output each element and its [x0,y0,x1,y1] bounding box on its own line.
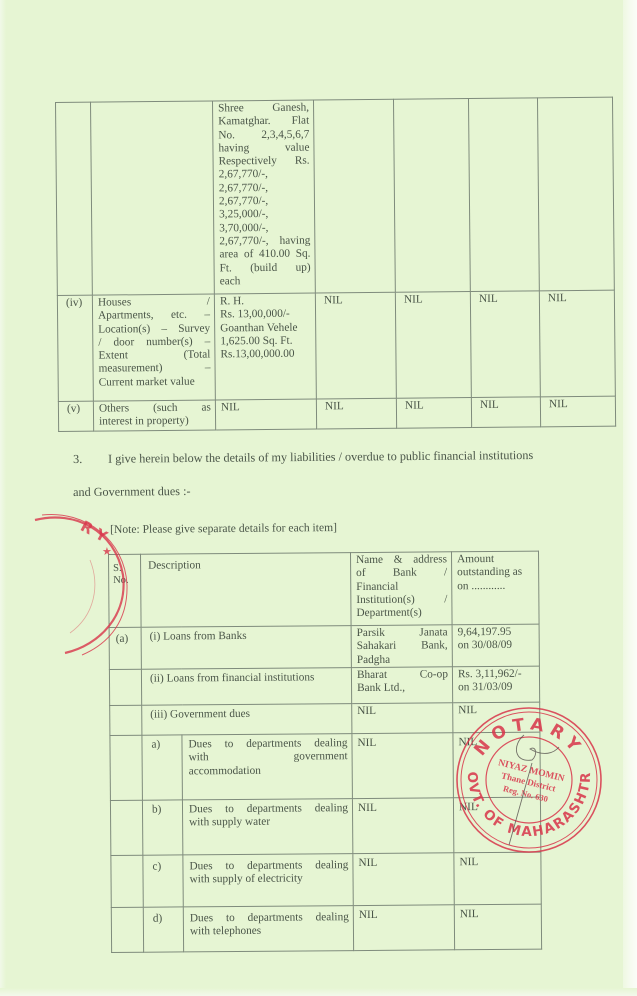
description-cell: (i) Loans from Banks [141,626,351,670]
description-cell: Dues to departments dealingwith supply o… [183,854,353,907]
section3-note: [Note: Please give separate details for … [110,521,337,536]
bank-text: NIL [359,908,450,922]
text-line: measurement) – [99,362,211,376]
description-cell: Houses /Apartments, etc. –Location(s) – … [92,294,215,401]
value-cell [468,98,539,292]
text-line: outstanding as [457,566,534,580]
bank-cell: Parsik JanataSahakari Bank,Padgha [351,625,452,668]
table-header-row: S. No. Description Name & addressof Bank… [109,551,540,627]
text-line: Amount [457,553,534,567]
section3-paragraph: 3.I give herein below the details of my … [73,448,533,467]
section-number: 3. [73,452,108,467]
text-line: R. H. [220,295,311,309]
text-line: Padgha [357,653,448,667]
text-line: on 30/08/09 [458,639,535,653]
assets-table: Shree Ganesh,Kamatghar. FlatNo. 2,3,4,5,… [55,97,616,432]
property-detail-text: NIL [221,401,312,415]
text-line: Sahakari Bank, [357,640,448,654]
text-line: Houses / [98,296,210,310]
description-text: Dues to departments dealingwith supply o… [189,859,348,887]
value-cell [313,99,395,293]
text-line: Rs.13,00,000.00 [220,348,311,362]
bank-text: NIL [357,736,448,750]
bank-text: NIL [357,704,448,718]
text-line: Name & address [356,553,447,567]
sno-cell [109,669,141,705]
value-cell: NIL [539,290,615,397]
property-detail-cell: NIL [215,399,316,430]
description-cell: Others (such asinterest in property) [93,400,215,431]
text-line: 9,64,197.95 [458,626,535,640]
sno-cell [111,855,143,907]
text-line: with telephones [190,924,349,939]
text-line: Rs. 13,00,000/- [220,308,311,322]
text-line: Dues to departments dealing [190,911,349,926]
text-line: interest in property) [99,415,211,429]
bank-text: NIL [358,856,449,870]
value-cell [393,99,470,293]
sub-item-cell: d) [143,907,183,952]
text-line: area of 410.00 Sq. [219,248,310,262]
sno-cell: (a) [109,627,141,669]
text-line: 2,67,770/-, [219,168,310,182]
description-text: Others (such asinterest in property) [99,402,211,430]
header-bank-text: Name & addressof Bank /FinancialInstitut… [356,553,448,620]
text-line: NIL [459,856,536,870]
sno-cell [111,907,143,952]
section3-line1: I give herein below the details of my li… [108,448,533,466]
amount-text: NIL [458,736,535,750]
text-line: NIL [359,908,450,922]
sno-cell [110,735,143,800]
bank-text: NIL [358,801,449,815]
amount-cell: 9,64,197.95on 30/08/09 [452,624,539,667]
text-line: Apartments, etc. – [98,309,210,323]
text-line: NIL [460,908,537,922]
table-row: b) Dues to departments dealingwith suppl… [110,797,540,855]
text-line: Ft. (build up) [220,261,311,275]
table-row: (v) Others (such asinterest in property)… [58,396,615,431]
text-line: with supply water [189,815,348,830]
text-line: NIL [357,704,448,718]
bank-cell: Bharat Co-opBank Ltd., [351,667,452,704]
amount-cell: NIL [453,702,540,733]
sub-item-cell: b) [142,800,182,855]
table-row: d) Dues to departments dealingwith telep… [111,904,541,952]
text-line: with government [189,750,348,765]
bank-text: Parsik JanataSahakari Bank,Padgha [357,626,448,667]
amount-cell: NIL [454,904,541,950]
table-row: Shree Ganesh,Kamatghar. FlatNo. 2,3,4,5,… [56,97,615,295]
text-line: NIL [458,736,535,750]
value-cell [537,97,614,291]
value-cell: NIL [395,292,471,399]
sno-cell [110,800,142,855]
text-line: Shree Ganesh, [218,102,309,116]
amount-cell: NIL [454,852,541,905]
sno-cell: (iv) [57,295,93,401]
header-bank: Name & addressof Bank /FinancialInstitut… [350,552,452,626]
header-description: Description [141,553,352,628]
text-line: NIL [358,801,449,815]
description-cell: Dues to departments dealingwith supply w… [182,799,352,855]
header-amount-text: Amountoutstanding ason ............ [457,553,534,593]
text-line: Rs. 3,11,962/- [458,668,535,682]
text-line: Dues to departments dealing [189,859,348,874]
text-line: Financial [356,580,447,594]
text-line: / door number(s) – [98,335,210,349]
amount-text: 9,64,197.95on 30/08/09 [458,626,535,653]
text-line: NIL [221,401,312,415]
text-line: 3,70,000/-, [219,221,310,235]
amount-cell: NIL [453,797,540,853]
description-text: Dues to departments dealingwith supply w… [189,802,348,830]
description-cell [91,101,215,295]
sub-item-cell: c) [143,855,183,907]
text-line: Kamatghar. Flat [218,115,309,129]
amount-cell: NIL [453,732,541,798]
text-line: accommodation [189,764,348,779]
value-cell: NIL [471,397,540,428]
text-line: having value [218,141,309,155]
liabilities-table: S. No. Description Name & addressof Bank… [108,551,542,953]
text-line: Location(s) – Survey [98,322,210,336]
text-line: 2,67,770/-, [219,181,310,195]
amount-text: Rs. 3,11,962/-on 31/03/09 [458,668,535,695]
text-line: on 31/03/09 [458,681,535,695]
property-detail-text: R. H.Rs. 13,00,000/-Goanthan Vehele1,625… [220,295,312,362]
text-line: each [220,274,311,288]
description-cell: (ii) Loans from financial institutions [141,668,351,706]
description-text: Houses /Apartments, etc. –Location(s) – … [98,296,211,390]
amount-text: NIL [458,704,535,718]
description-cell: Dues to departments dealingwith governme… [182,734,353,800]
text-line: 1,625.00 Sq. Ft. [220,334,311,348]
text-line: 3,25,000/-, [219,208,310,222]
text-line: on ............ [457,579,534,593]
text-line: Dues to departments dealing [189,802,348,817]
text-line: NIL [458,704,535,718]
value-cell: NIL [315,292,396,399]
value-cell: NIL [470,291,540,398]
text-line: Dues to departments dealing [188,737,347,752]
description-text: Dues to departments dealingwith governme… [188,737,347,778]
text-line: NIL [357,736,448,750]
property-detail-cell: Shree Ganesh,Kamatghar. FlatNo. 2,3,4,5,… [212,100,315,294]
text-line: of Bank / [356,567,447,581]
header-amount: Amountoutstanding ason ............ [451,551,539,625]
property-detail-text: Shree Ganesh,Kamatghar. FlatNo. 2,3,4,5,… [218,102,311,289]
value-cell: NIL [540,396,615,427]
text-line: Parsik Janata [357,626,448,640]
text-line: No. 2,3,4,5,6,7 [218,128,309,142]
description-cell: Dues to departments dealingwith telephon… [183,906,353,952]
sno-cell [110,705,142,735]
bank-cell: NIL [352,798,453,854]
amount-text: NIL [460,908,537,922]
text-line: 2,67,770/-, having [219,235,310,249]
text-line: Department(s) [356,607,447,621]
amount-text: NIL [459,856,536,870]
sno-cell: (v) [58,401,93,431]
text-line: Bank Ltd., [357,682,448,696]
text-line: Others (such as [99,402,211,416]
value-cell: NIL [316,398,396,429]
table-row: c) Dues to departments dealingwith suppl… [111,852,541,907]
bank-cell: NIL [353,853,454,906]
text-line: NIL [358,856,449,870]
header-sno: S. No. [109,554,142,627]
value-cell: NIL [396,398,471,429]
table-row: a) Dues to departments dealingwith gover… [110,732,540,800]
section3-line2: and Government dues :- [73,484,191,500]
text-line: with supply of electricity [190,872,349,887]
bank-text: Bharat Co-opBank Ltd., [357,668,448,695]
table-row: (iv) Houses /Apartments, etc. –Location(… [57,290,615,401]
text-line: 2,67,770/-, [219,195,310,209]
table-row: (iii) Government dues NIL NIL [110,702,540,735]
amount-cell: Rs. 3,11,962/-on 31/03/09 [452,666,539,703]
text-line: Goanthan Vehele [220,321,311,335]
text-line: Institution(s) / [356,593,447,607]
table-row: (a) (i) Loans from Banks Parsik JanataSa… [109,624,539,669]
description-text: Dues to departments dealingwith telephon… [190,911,349,939]
bank-cell: NIL [352,703,453,734]
property-detail-cell: R. H.Rs. 13,00,000/-Goanthan Vehele1,625… [214,293,316,400]
text-line: NIL [459,801,536,815]
amount-text: NIL [459,801,536,815]
sub-item-cell: a) [142,735,183,800]
text-line: Bharat Co-op [357,668,448,682]
bank-cell: NIL [353,905,454,951]
table-row: (ii) Loans from financial institutions B… [109,666,539,705]
text-line: Respectively Rs. [219,155,310,169]
description-cell: (iii) Government dues [142,704,352,736]
text-line: Current market value [99,375,211,389]
sno-cell [56,102,93,295]
document-page: Shree Ganesh,Kamatghar. FlatNo. 2,3,4,5,… [0,0,637,996]
text-line: Extent (Total [98,349,210,363]
bank-cell: NIL [352,733,454,799]
